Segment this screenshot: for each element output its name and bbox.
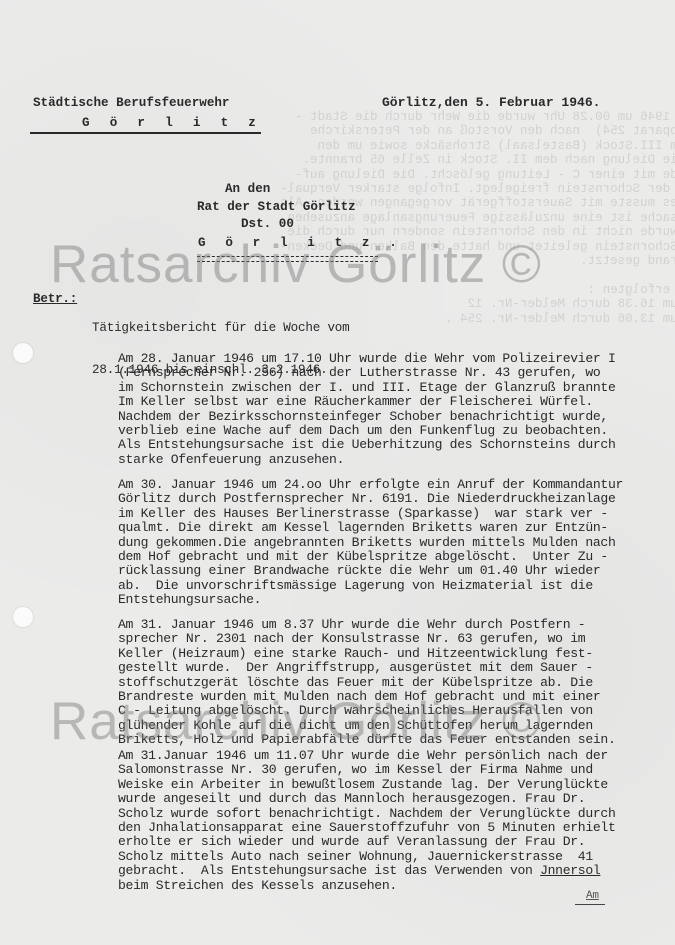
subject-line: Tätigkeitsbericht für die Woche vom xyxy=(92,321,350,335)
scanned-document-page: Am 2. Februar 1946 um 00.28 Uhr wurde di… xyxy=(0,0,675,945)
punch-hole xyxy=(13,343,33,363)
paragraph-line: C - Leitung abgelöscht. Durch wahrschein… xyxy=(118,704,675,718)
report-paragraph-4: Am 31.Januar 1946 um 11.07 Uhr wurde die… xyxy=(118,749,675,893)
sender-underline xyxy=(30,132,261,134)
punch-hole xyxy=(13,607,33,627)
paragraph-line: glühender Kohle auf die dicht um den Sch… xyxy=(118,719,675,733)
underlined-term: Jnnersol xyxy=(540,863,600,878)
paragraph-line: stoffschutzgerät löschte das Feuer mit d… xyxy=(118,676,675,690)
paragraph-line: Scholz mittels Auto nach seiner Wohnung,… xyxy=(118,850,675,864)
paragraph-line: dem Hof gebracht und mit der Kübelspritz… xyxy=(118,550,675,564)
sender-organization: Städtische Berufsfeuerwehr xyxy=(33,96,230,110)
paragraph-line: Am 30. Januar 1946 um 24.oo Uhr erfolgte… xyxy=(118,478,675,492)
paragraph-line: rücklassung einer Brandwache rückte die … xyxy=(118,564,675,578)
report-paragraph-1: Am 28. Januar 1946 um 17.10 Uhr wurde di… xyxy=(118,352,675,467)
paragraph-line: Scholz wurde sofort benachrichtigt. Nach… xyxy=(118,807,675,821)
paragraph-line: Am 28. Januar 1946 um 17.10 Uhr wurde di… xyxy=(118,352,675,366)
subject-label: Betr.: xyxy=(33,292,77,306)
paragraph-line: Als Entstehungsursache ist die Ueberhitz… xyxy=(118,438,675,452)
paragraph-line: Nachdem der Bezirksschornsteinfeger Scho… xyxy=(118,410,675,424)
paragraph-line: gebracht. Als Entstehungsursache ist das… xyxy=(118,864,675,878)
paragraph-line: Weiske ein Arbeiter in bewußtlosem Zusta… xyxy=(118,778,675,792)
paragraph-line: erholte er sich wieder und wurde auf Ver… xyxy=(118,835,675,849)
recipient-city: G ö r l i t z . xyxy=(198,236,403,250)
paragraph-line: im Schornstein zwischen der I. und III. … xyxy=(118,381,675,395)
paragraph-line: wurde angeseilt und durch das Mannloch h… xyxy=(118,792,675,806)
paragraph-line: (Fernsprecher Nr. 256) nach der Lutherst… xyxy=(118,366,675,380)
sender-city: G ö r l i t z xyxy=(82,116,262,130)
paragraph-line: Görlitz durch Postfernsprecher Nr. 6191.… xyxy=(118,492,675,506)
typist-initials: Am xyxy=(586,889,599,903)
report-paragraph-3: Am 31. Januar 1946 um 8.37 Uhr wurde die… xyxy=(118,618,675,748)
paragraph-line: Salomonstrasse Nr. 30 gerufen, wo im Kes… xyxy=(118,763,675,777)
paragraph-line: dung gekommen.Die angebrannten Briketts … xyxy=(118,536,675,550)
paragraph-line: den Jnhalationsapparat eine Sauerstoffzu… xyxy=(118,821,675,835)
paragraph-line: qualmt. Die direkt am Kessel lagernden B… xyxy=(118,521,675,535)
paragraph-line: Keller (Heizraum) eine starke Rauch- und… xyxy=(118,647,675,661)
paragraph-line: gestellt wurde. Der Angriffstrupp, ausge… xyxy=(118,661,675,675)
initials-underline xyxy=(575,904,605,905)
place-date: Görlitz,den 5. Februar 1946. xyxy=(382,96,600,110)
paragraph-line: starke Ofenfeuerung anzusehen. xyxy=(118,453,675,467)
paragraph-line: sprecher Nr. 2301 nach der Konsulstrasse… xyxy=(118,632,675,646)
paragraph-line: verblieb eine Wache auf dem Dach um den … xyxy=(118,424,675,438)
paragraph-line: ab. Die unvorschriftsmässige Lagerung vo… xyxy=(118,579,675,593)
paragraph-line: Am 31. Januar 1946 um 8.37 Uhr wurde die… xyxy=(118,618,675,632)
recipient-salutation: An den xyxy=(225,182,270,196)
paragraph-line: Briketts, Holz und Papierabfälle dürfte … xyxy=(118,733,675,747)
recipient-department: Dst. 00 xyxy=(241,217,294,231)
paragraph-line: Entstehungsursache. xyxy=(118,593,675,607)
report-paragraph-2: Am 30. Januar 1946 um 24.oo Uhr erfolgte… xyxy=(118,478,675,608)
paragraph-line: Brandreste wurden mit Mulden nach dem Ho… xyxy=(118,690,675,704)
recipient-double-underline xyxy=(197,256,378,262)
paragraph-line: im Keller des Hauses Berlinerstrasse (Sp… xyxy=(118,507,675,521)
paragraph-line: Am 31.Januar 1946 um 11.07 Uhr wurde die… xyxy=(118,749,675,763)
paragraph-line: Im Keller selbst war eine Räucherkammer … xyxy=(118,395,675,409)
recipient-name: Rat der Stadt Görlitz xyxy=(197,200,356,214)
